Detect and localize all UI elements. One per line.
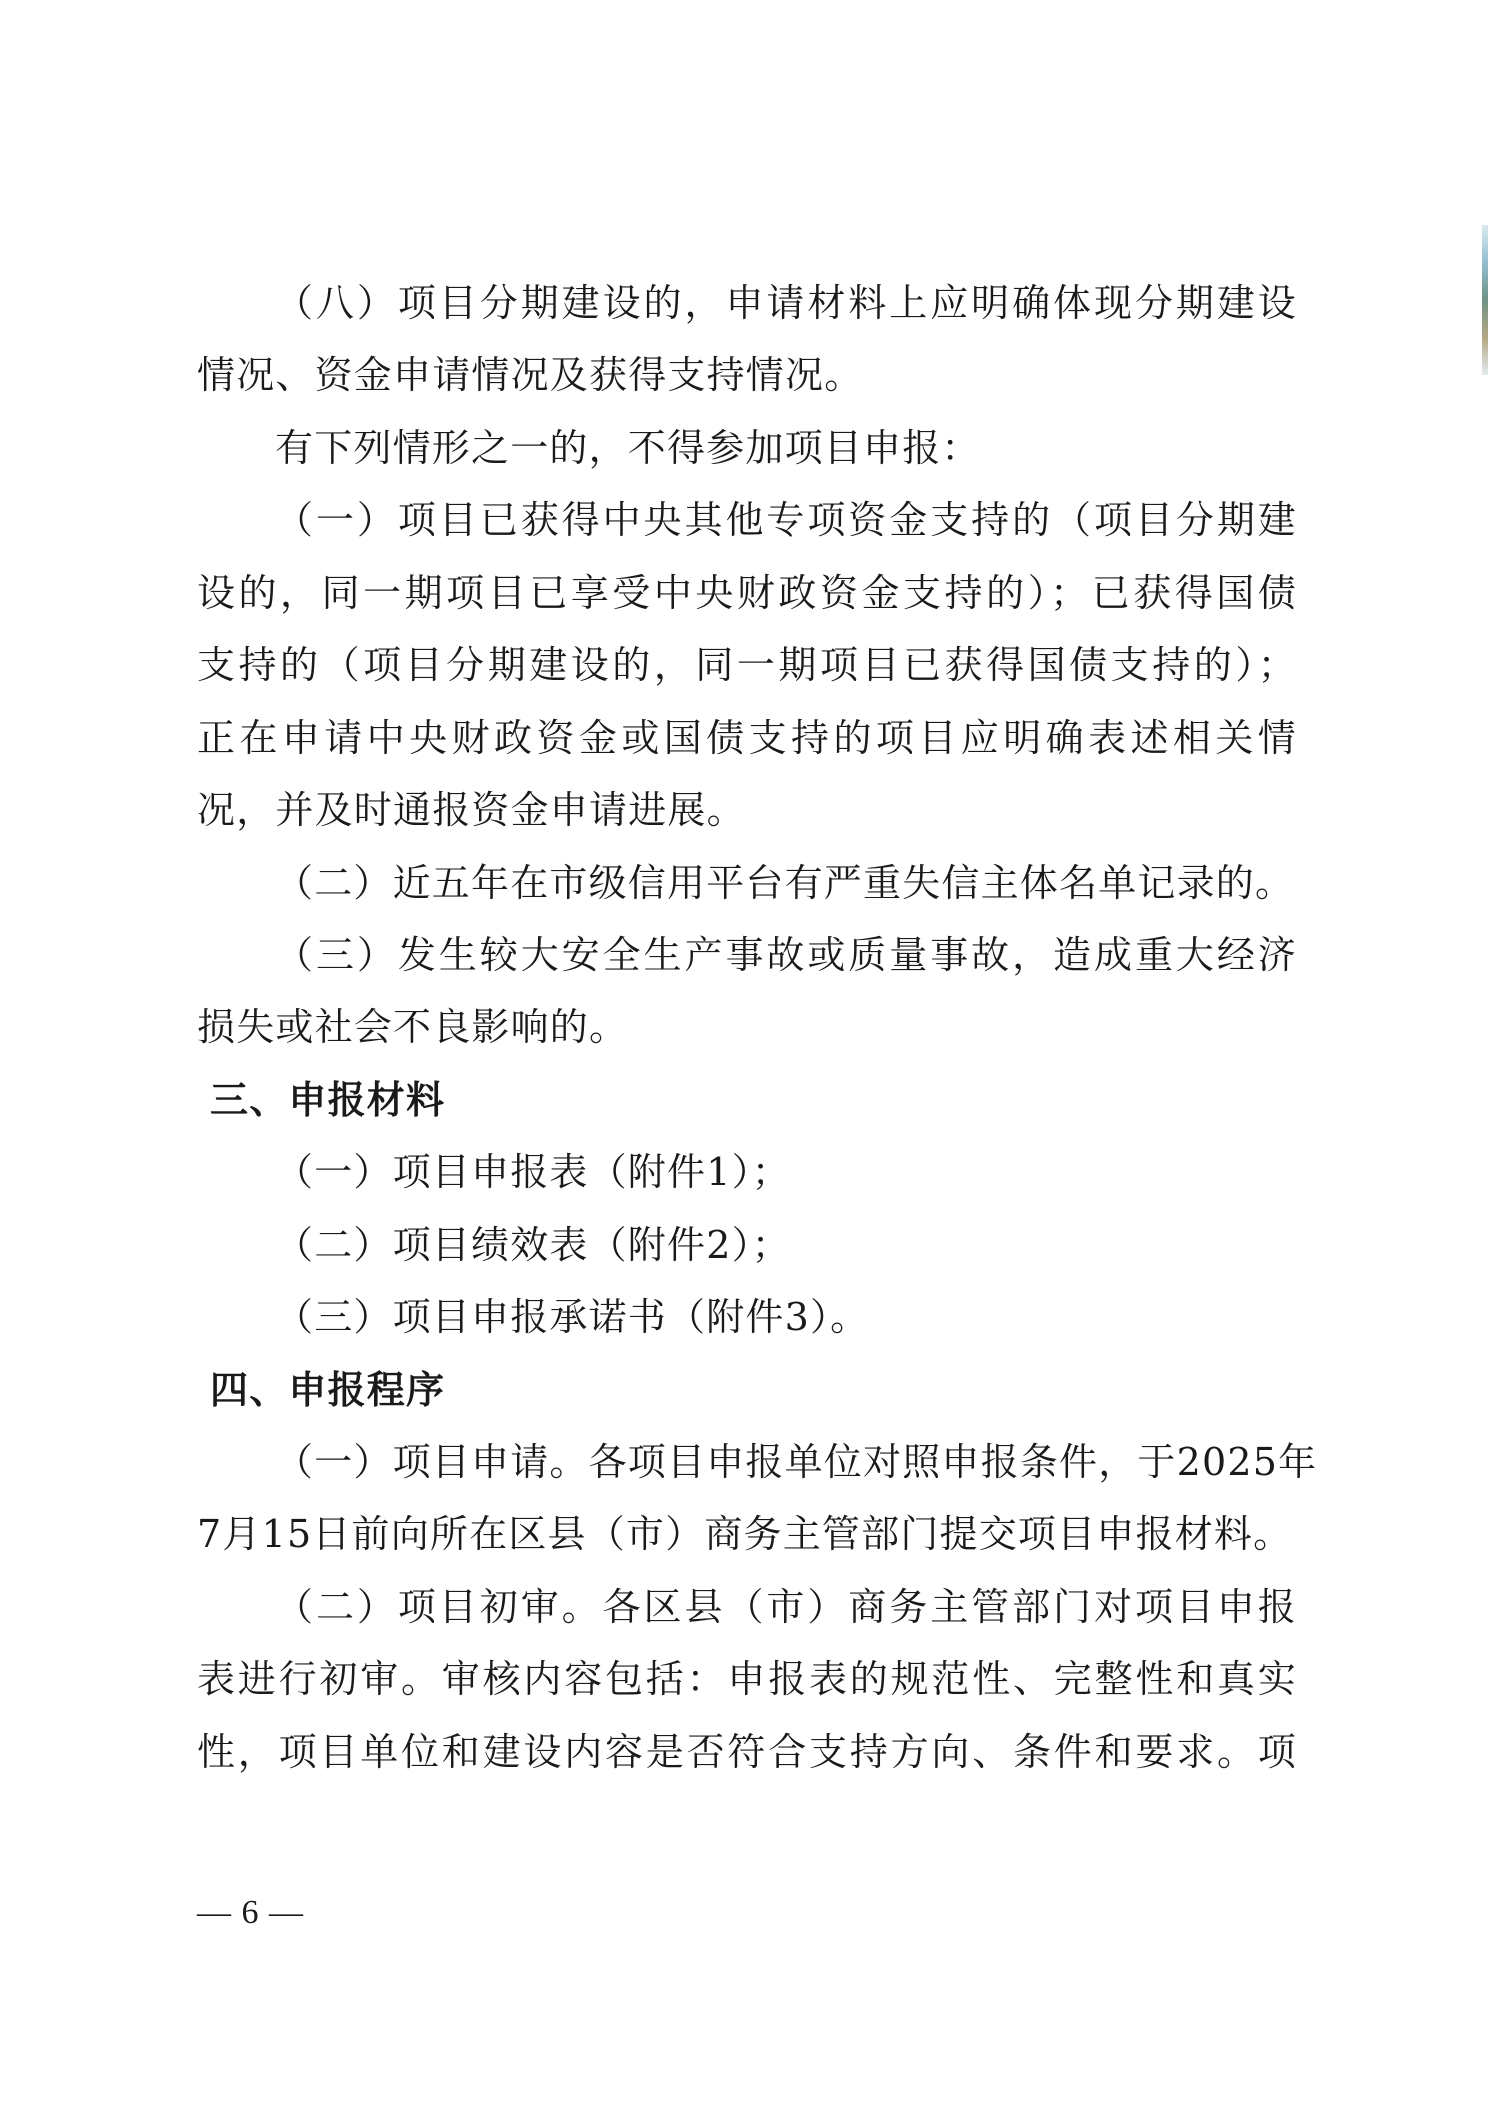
exclusion-item-2-line: （二）近五年在市级信用平台有严重失信主体名单记录的。: [197, 847, 1297, 919]
paragraph-line: 性，项目单位和建设内容是否符合支持方向、条件和要求。项: [197, 1716, 1297, 1788]
paragraph-line: 设的，同一期项目已享受中央财政资金支持的）；已获得国债: [197, 557, 1297, 629]
exclusion-item-3-line: （三）发生较大安全生产事故或质量事故，造成重大经济: [197, 919, 1297, 991]
section-heading-procedure: 四、申报程序: [197, 1354, 1297, 1426]
paragraph-line: 情况、资金申请情况及获得支持情况。: [197, 339, 1297, 411]
procedure-item-1-line: （一）项目申请。各项目申报单位对照申报条件，于2025年: [197, 1426, 1297, 1498]
procedure-item-2-line: （二）项目初审。各区县（市）商务主管部门对项目申报: [197, 1571, 1297, 1643]
paragraph-line: 损失或社会不良影响的。: [197, 991, 1297, 1063]
scan-edge-artifact: [1482, 225, 1488, 375]
exclusion-intro-line: 有下列情形之一的，不得参加项目申报：: [197, 412, 1297, 484]
document-page: （八）项目分期建设的，申请材料上应明确体现分期建设 情况、资金申请情况及获得支持…: [0, 0, 1488, 2104]
document-body: （八）项目分期建设的，申请材料上应明确体现分期建设 情况、资金申请情况及获得支持…: [197, 267, 1297, 1788]
section-heading-materials: 三、申报材料: [197, 1064, 1297, 1136]
paragraph-line: 表进行初审。审核内容包括：申报表的规范性、完整性和真实: [197, 1643, 1297, 1715]
paragraph-line: 况，并及时通报资金申请进展。: [197, 774, 1297, 846]
material-item-1: （一）项目申报表（附件1）；: [197, 1136, 1297, 1208]
material-item-2: （二）项目绩效表（附件2）；: [197, 1209, 1297, 1281]
material-item-3: （三）项目申报承诺书（附件3）。: [197, 1281, 1297, 1353]
paragraph-line-8-phased-construction: （八）项目分期建设的，申请材料上应明确体现分期建设: [197, 267, 1297, 339]
paragraph-line: 7月15日前向所在区县（市）商务主管部门提交项目申报材料。: [197, 1498, 1297, 1570]
paragraph-line: 支持的（项目分期建设的，同一期项目已获得国债支持的）；: [197, 629, 1297, 701]
page-number: — 6 —: [197, 1892, 304, 1934]
exclusion-item-1-line: （一）项目已获得中央其他专项资金支持的（项目分期建: [197, 484, 1297, 556]
paragraph-line: 正在申请中央财政资金或国债支持的项目应明确表述相关情: [197, 702, 1297, 774]
